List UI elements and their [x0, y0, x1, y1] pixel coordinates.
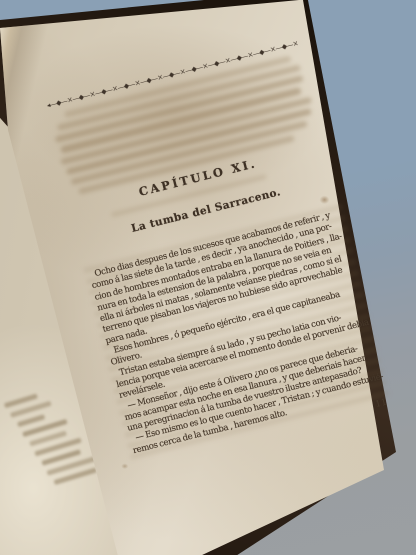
- book-photo-scene: ◂—◆—×—◆—×—◆—×—◆—×—◆—×—◆—×—◆—×—◆—×—◆—×—◆—…: [0, 0, 416, 555]
- faint-text-line: [17, 414, 45, 427]
